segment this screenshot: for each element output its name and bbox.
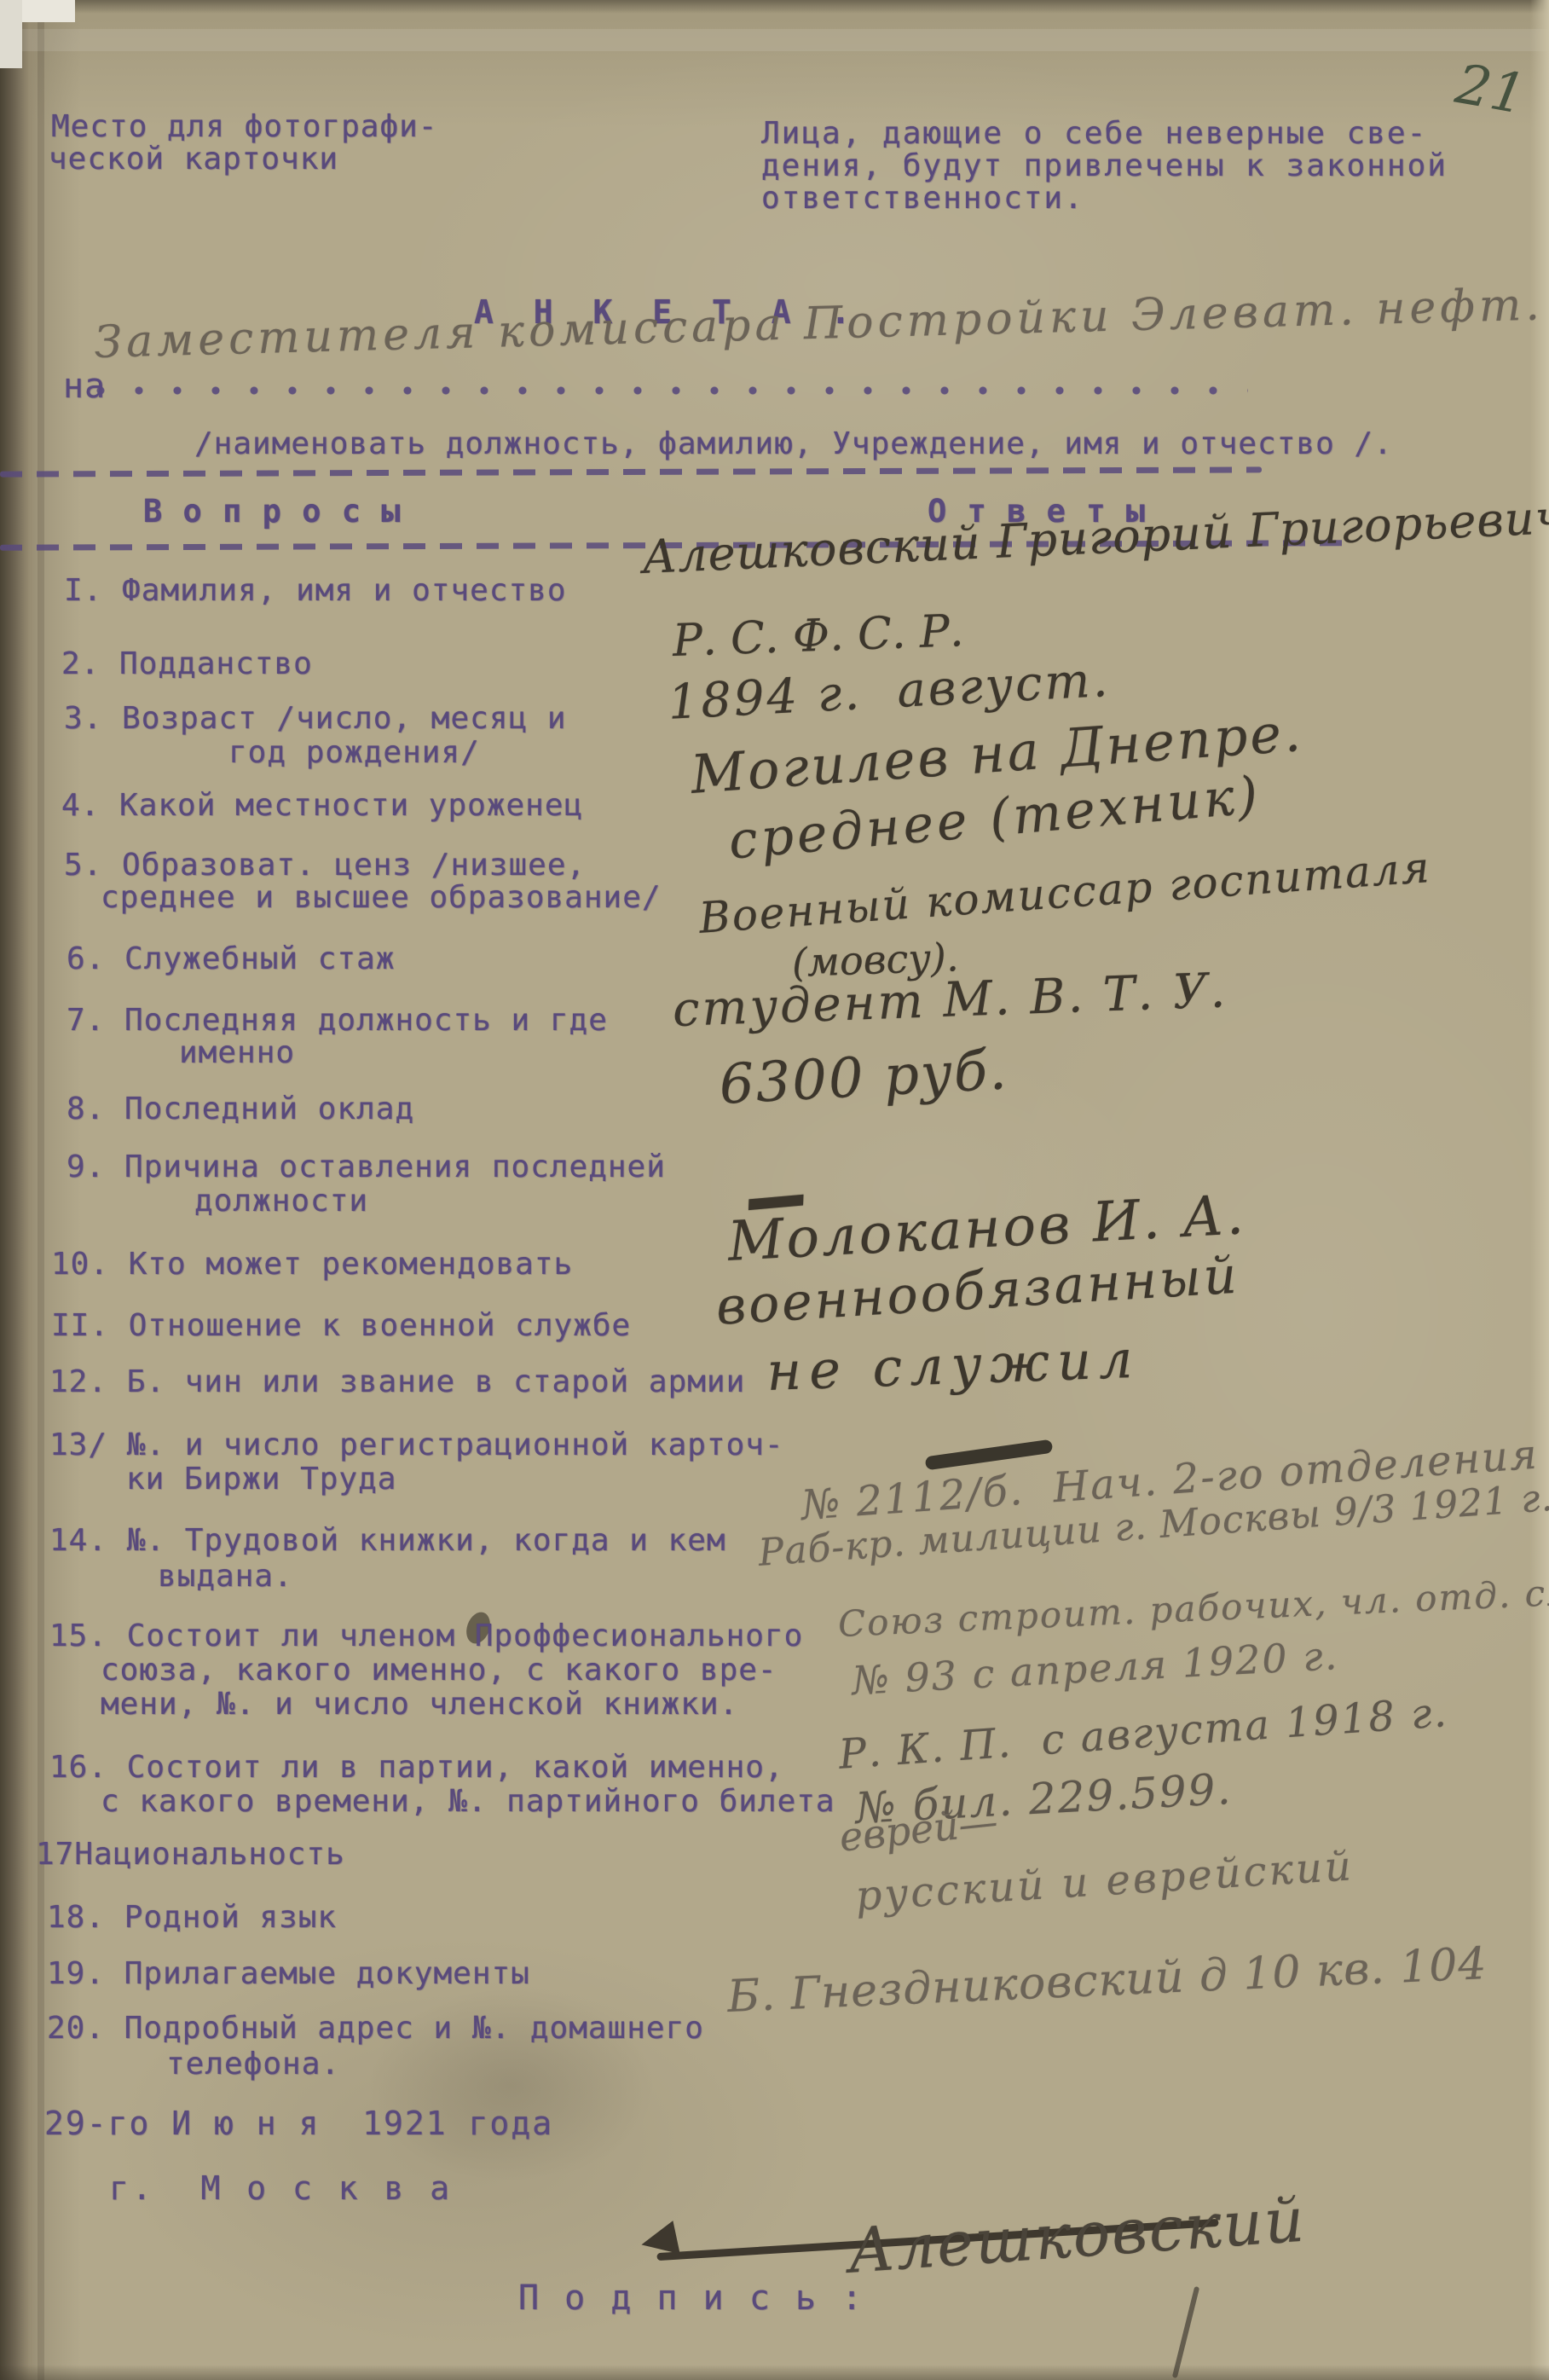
question-1: I. Фамилия, имя и отчество (64, 573, 567, 608)
warning-line-1: Лица, дающие о себе неверные све- (761, 116, 1427, 151)
question-5-line-1: 5. Образоват. ценз /низшее, (64, 848, 586, 883)
right-page-edge (1530, 0, 1549, 2380)
question-13-line-1: 13/ №. и число регистрационной карточ- (49, 1427, 784, 1462)
question-19: 19. Прилагаемые документы (47, 1956, 530, 1991)
answer-15-union-line-2: № 93 с апреля 1920 г. (851, 1632, 1339, 1704)
question-3-line-2: год рождения/ (228, 735, 480, 770)
signature-flourish-arrowhead (638, 2221, 679, 2261)
question-15-line-1: 15. Состоит ли членом Проффесионального (49, 1619, 803, 1653)
question-11: II. Отношение к военной службе (51, 1308, 631, 1343)
answer-2-citizenship: Р. С. Ф. С. Р. (672, 605, 964, 667)
question-6: 6. Служебный стаж (66, 941, 395, 976)
question-14-line-1: 14. №. Трудовой книжки, когда и кем (49, 1523, 726, 1558)
photo-placeholder-note-line-1: Место для фотографи- (51, 109, 437, 144)
question-10: 10. Кто может рекомендовать (51, 1247, 573, 1282)
signature-handwriting: Алешковский (846, 2184, 1308, 2287)
question-16-line-1: 16. Состоит ли в партии, какой именно, (49, 1750, 784, 1785)
answer-18-native-language: русский и еврейский (854, 1842, 1355, 1920)
left-fold-shadow (38, 0, 44, 2380)
question-17: 17Национальность (36, 1837, 345, 1872)
question-15-line-2: союза, какого именно, с какого вре- (101, 1653, 777, 1688)
questions-column-header: В о п р о с ы (143, 493, 402, 530)
question-9-line-1: 9. Причина оставления последней (66, 1149, 666, 1184)
question-4: 4. Какой местности уроженец (61, 788, 583, 823)
question-7-line-1: 7. Последняя должность и где (66, 1003, 608, 1038)
page-number: 21 (1451, 53, 1530, 127)
question-3-line-1: 3. Возраст /число, месяц и (64, 701, 567, 736)
question-9-line-2: должности (194, 1184, 368, 1219)
form-subtitle: /наименовать должность, фамилию, Учрежде… (194, 426, 1393, 461)
questionnaire-scan-page: 21 Место для фотографи- ческой карточки … (0, 0, 1549, 2380)
photo-placeholder-note-line-2: ческой карточки (49, 142, 338, 177)
city-line: г. М о с к в а (109, 2169, 453, 2207)
corner-white-sliver-left (0, 0, 22, 68)
question-18: 18. Родной язык (47, 1900, 337, 1935)
question-13-line-2: ки Биржи Труда (126, 1462, 396, 1497)
question-8: 8. Последний оклад (66, 1092, 414, 1126)
top-fold-band (0, 29, 1549, 51)
warning-line-3: ответственности. (761, 181, 1084, 216)
top-page-edge (0, 0, 1549, 14)
answer-20-address: Б. Гнездниковский д 10 кв. 104 (726, 1938, 1488, 2023)
question-14-line-2: выдана. (158, 1559, 293, 1594)
question-2: 2. Подданство (61, 646, 313, 681)
question-5-line-2: среднее и высшее образование/ (101, 880, 662, 915)
question-12: 12. Б. чин или звание в старой армии (49, 1364, 745, 1399)
answer-7-last-position: студент М. В. Т. У. (672, 963, 1228, 1038)
bottom-page-edge (0, 2365, 1549, 2380)
date-line: 29-го И ю н я 1921 года (44, 2105, 553, 2142)
left-page-edge (0, 0, 39, 2380)
answer-12-old-army: не служил (766, 1328, 1142, 1403)
separator-dashed-line-1 (0, 466, 1262, 477)
position-dotted-line (95, 385, 1248, 395)
answer-15-union-line-1: Союз строит. рабочих, чл. отд. см. (837, 1570, 1549, 1645)
question-15-line-3: мени, №. и число членской книжки. (101, 1687, 738, 1722)
question-16-line-2: с какого времени, №. партийного билета (101, 1784, 835, 1819)
warning-line-2: дения, будут привлечены к законной (761, 148, 1448, 183)
signature-label: П о д п и с ь : (518, 2279, 864, 2318)
answer-8-salary: 6300 руб. (718, 1039, 1009, 1117)
position-handwritten-value: Заместителя комиссара Постройки Элеват. … (94, 276, 1549, 368)
question-20-line-1: 20. Подробный адрес и №. домашнего (47, 2011, 704, 2046)
question-7-line-2: именно (179, 1035, 295, 1070)
question-20-line-2: телефона. (166, 2047, 340, 2082)
answer-16-party-line-1: Р. К. П. с августа 1918 г. (837, 1688, 1449, 1779)
